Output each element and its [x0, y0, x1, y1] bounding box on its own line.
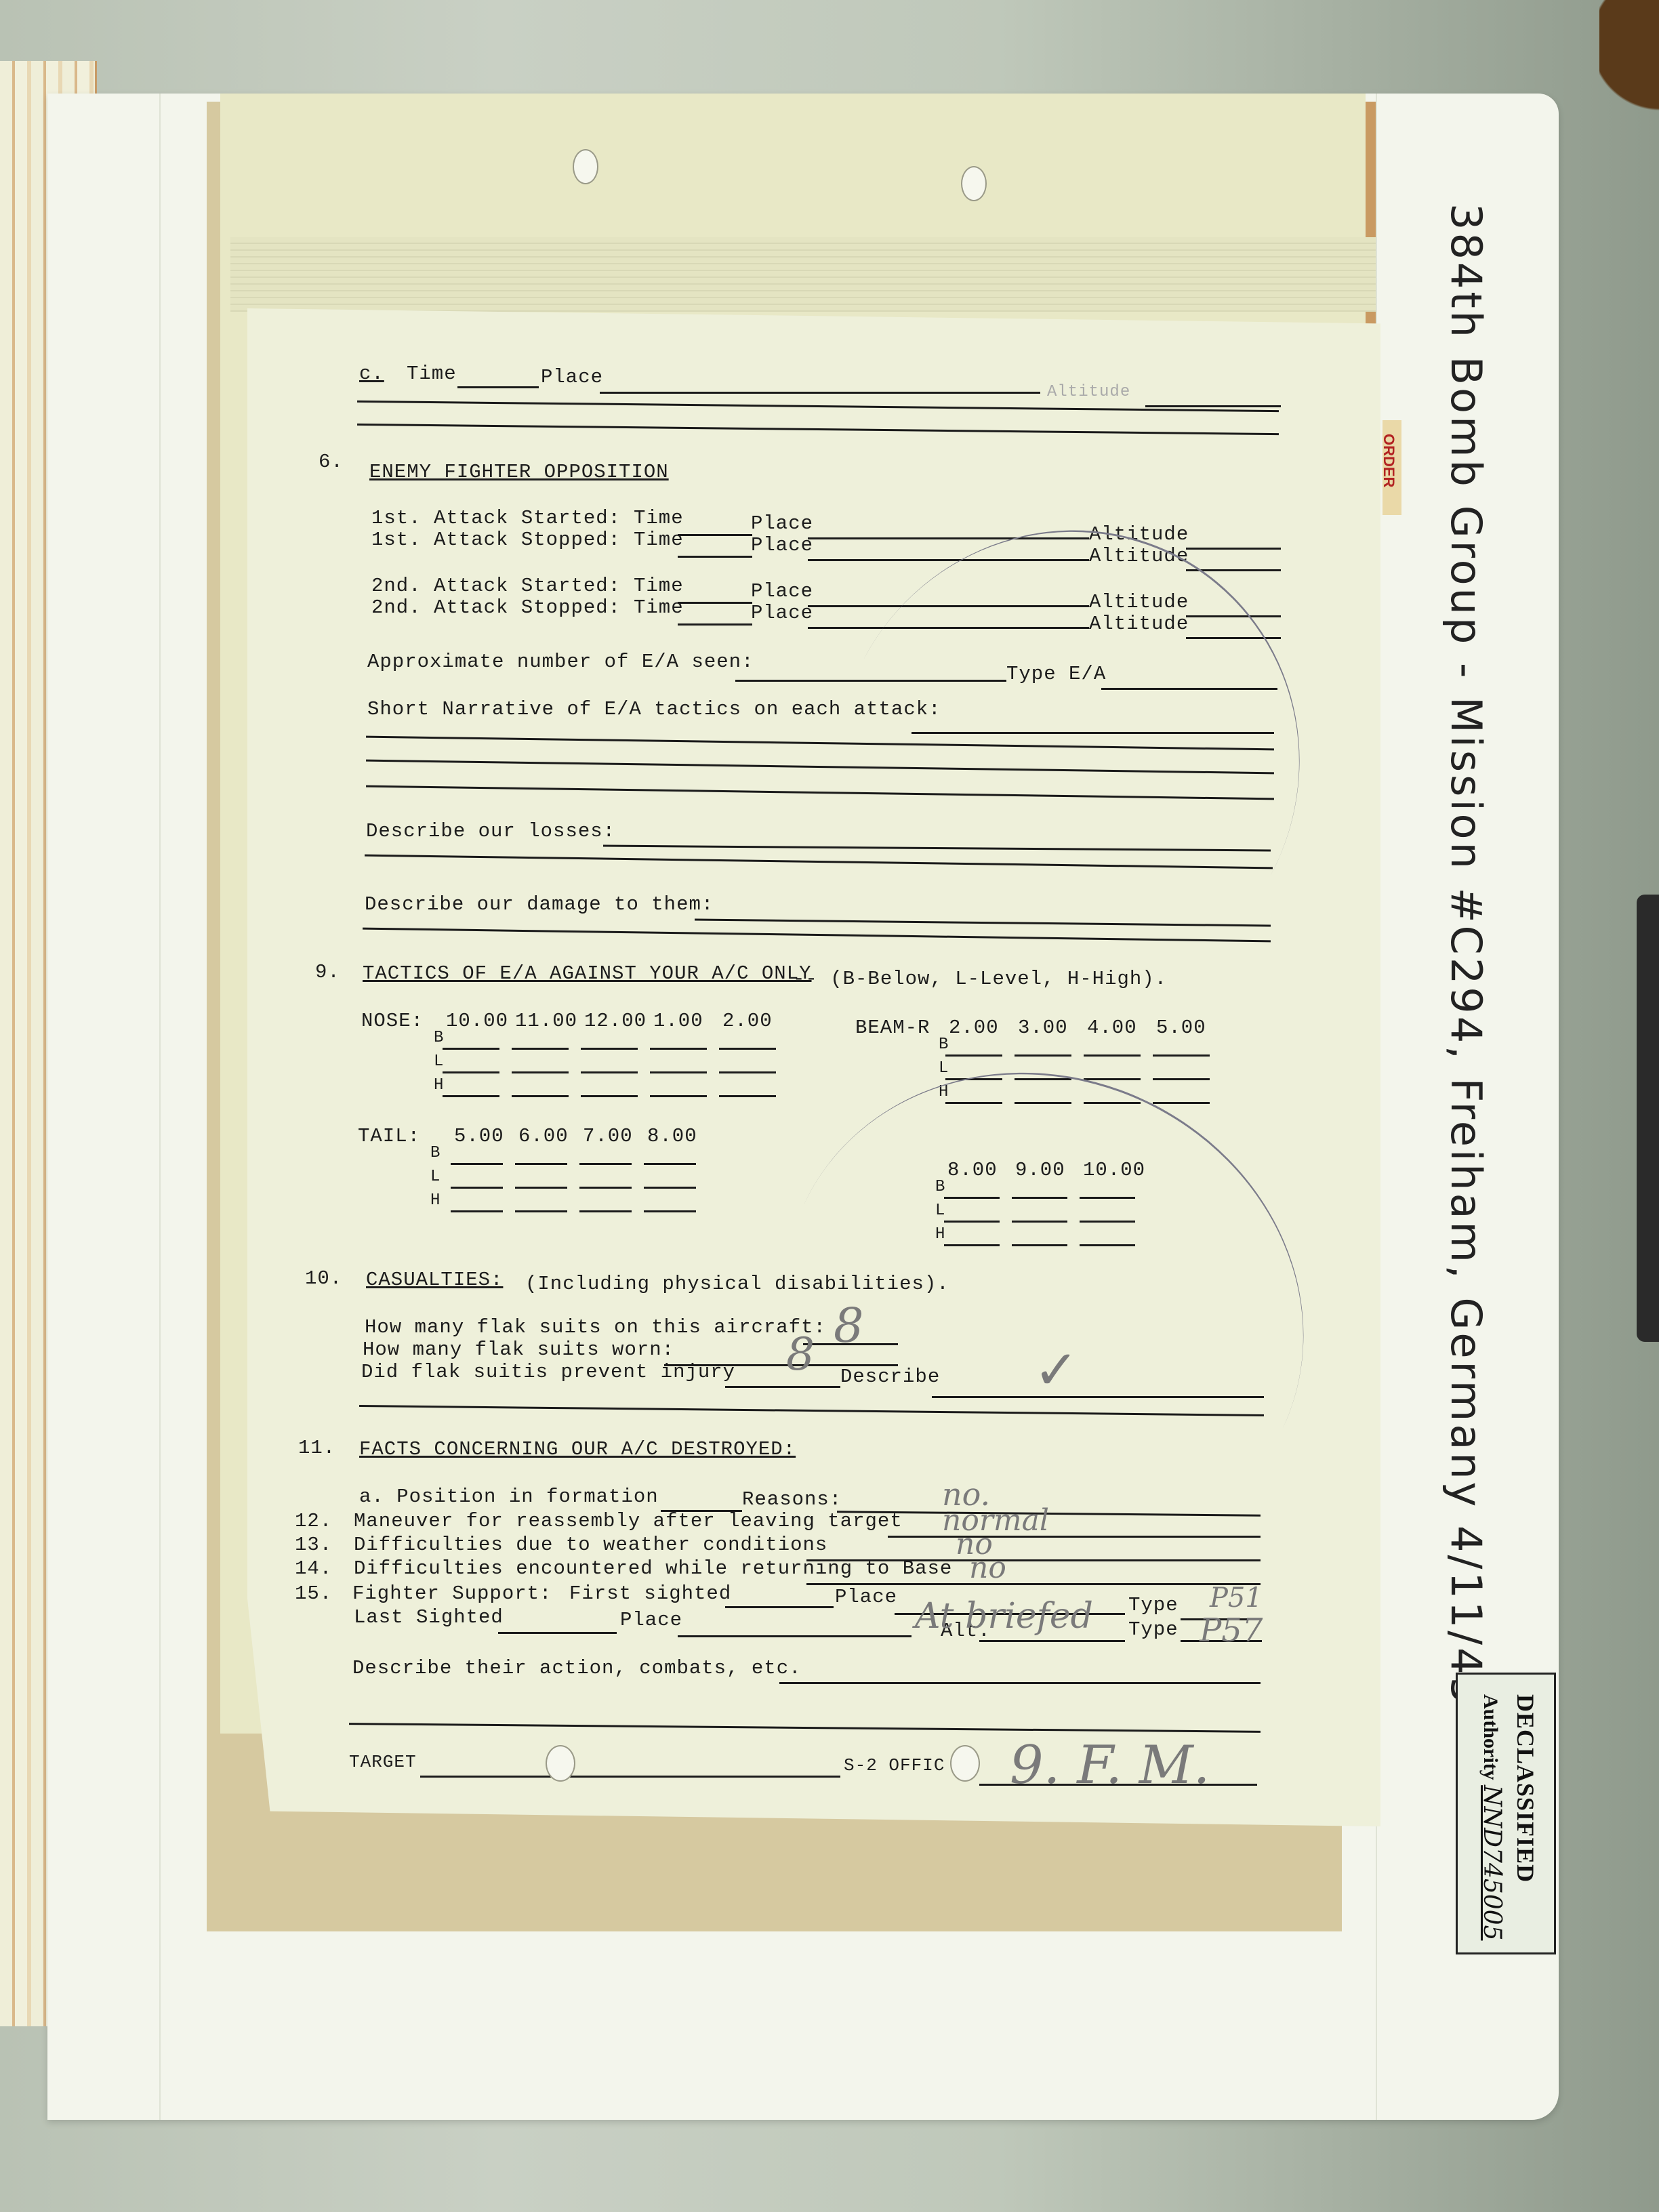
device-edge: [1637, 895, 1659, 1342]
row-letter: H: [430, 1191, 441, 1210]
describe-action-label: Describe their action, combats, etc.: [352, 1657, 802, 1679]
first-place-label: Place: [835, 1586, 897, 1608]
s2-officer-label: S-2 OFFIC: [844, 1755, 945, 1776]
attack-altitude-field[interactable]: [1186, 548, 1281, 550]
target-label: TARGET: [349, 1752, 417, 1772]
tactics-cell[interactable]: [581, 1048, 638, 1050]
prevent-injury-label: Did flak suitis prevent injury: [361, 1361, 735, 1383]
section-6-number: 6.: [319, 451, 344, 473]
tactics-cell[interactable]: [719, 1048, 776, 1050]
tactics-cell[interactable]: [719, 1071, 776, 1073]
clock-position: 6.00: [518, 1125, 569, 1147]
attack-label: 1st. Attack Started:: [371, 507, 621, 529]
punch-hole: [961, 166, 987, 201]
punch-hole: [573, 149, 598, 184]
tactics-cell[interactable]: [1153, 1054, 1210, 1057]
tactics-cell[interactable]: [1015, 1054, 1071, 1057]
tactics-cell[interactable]: [945, 1054, 1002, 1057]
tactics-cell[interactable]: [1153, 1078, 1210, 1080]
punch-hole: [950, 1745, 980, 1782]
tactics-cell[interactable]: [650, 1048, 707, 1050]
item-value: no: [969, 1551, 1006, 1585]
last-sighted-field[interactable]: [498, 1632, 617, 1634]
tactics-cell[interactable]: [650, 1071, 707, 1073]
stamp-title: DECLASSIFIED: [1511, 1694, 1540, 1940]
tactics-cell[interactable]: [451, 1163, 503, 1165]
folder-crease: [159, 94, 161, 2120]
section-11-number: 11.: [298, 1437, 335, 1459]
grid-label: NOSE:: [361, 1010, 424, 1032]
tactics-cell[interactable]: [644, 1210, 696, 1212]
flak-worn-label: How many flak suits worn:: [363, 1338, 674, 1361]
fighter-support-label: Fighter Support:: [352, 1582, 552, 1605]
item-field[interactable]: [806, 1583, 1261, 1585]
clock-position: 4.00: [1087, 1017, 1137, 1039]
clock-position: 1.00: [653, 1010, 703, 1032]
tactics-cell[interactable]: [579, 1163, 632, 1165]
attack-time-label: Time: [634, 596, 684, 619]
section-10-title: CASUALTIES:: [366, 1269, 503, 1291]
attack-time-field[interactable]: [678, 623, 752, 626]
item-number: 14.: [295, 1557, 332, 1580]
declassified-stamp-text: DECLASSIFIED Authority NND745005: [1478, 1694, 1540, 1940]
position-label: a. Position in formation: [359, 1486, 659, 1508]
clock-position: 2.00: [949, 1017, 999, 1039]
clock-position: 8.00: [647, 1125, 697, 1147]
row-letter: B: [434, 1029, 444, 1047]
clock-position: 7.00: [583, 1125, 633, 1147]
stamp-authority-value: NND745005: [1478, 1785, 1506, 1940]
item-number: 12.: [295, 1510, 332, 1532]
tactics-cell[interactable]: [451, 1210, 503, 1212]
tactics-cell[interactable]: [512, 1095, 569, 1097]
tactics-cell[interactable]: [579, 1187, 632, 1189]
tactics-cell[interactable]: [1084, 1078, 1141, 1080]
tactics-cell[interactable]: [443, 1095, 499, 1097]
stacked-sheet-edges: [230, 237, 1376, 312]
item-c-altitude-label: Altitude: [1047, 383, 1130, 401]
clock-position: 5.00: [1156, 1017, 1206, 1039]
describe-action-field[interactable]: [779, 1682, 1261, 1684]
item-number: 13.: [295, 1534, 332, 1556]
type-value-2: P57: [1200, 1612, 1263, 1650]
attack-time-field[interactable]: [678, 534, 752, 536]
row-letter: L: [939, 1059, 949, 1078]
attack-place-label: Place: [751, 602, 813, 624]
tactics-cell[interactable]: [443, 1071, 499, 1073]
last-place-label: Place: [620, 1609, 682, 1631]
attack-place-label: Place: [751, 534, 813, 556]
s2-officer-value: 9. F. M.: [1010, 1735, 1210, 1796]
attack-time-field[interactable]: [678, 556, 752, 558]
attack-label: 2nd. Attack Started:: [371, 575, 621, 597]
alt-value: At briefed: [915, 1596, 1093, 1637]
tactics-cell[interactable]: [515, 1187, 567, 1189]
item-c-place-field[interactable]: [600, 392, 1040, 394]
type-label-1: Type: [1128, 1594, 1179, 1616]
clock-position: 11.00: [515, 1010, 577, 1032]
tactics-cell[interactable]: [719, 1095, 776, 1097]
grid-label: BEAM-R: [855, 1017, 930, 1039]
tactics-cell[interactable]: [650, 1095, 707, 1097]
clock-position: 12.00: [584, 1010, 647, 1032]
approx-ea-label: Approximate number of E/A seen:: [367, 651, 754, 673]
section-11-title: FACTS CONCERNING OUR A/C DESTROYED:: [359, 1438, 796, 1460]
tactics-cell[interactable]: [1153, 1102, 1210, 1104]
tactics-cell[interactable]: [581, 1095, 638, 1097]
clock-position: 10.00: [446, 1010, 508, 1032]
item-label: Difficulties due to weather conditions: [354, 1534, 827, 1556]
attack-time-label: Time: [634, 507, 684, 529]
attack-time-label: Time: [634, 575, 684, 597]
attack-time-label: Time: [634, 529, 684, 551]
stamp-authority-label: Authority: [1479, 1694, 1502, 1780]
tactics-cell[interactable]: [512, 1048, 569, 1050]
handwritten-mission-note: 384th Bomb Group - Mission #C294, Freiha…: [1441, 203, 1491, 1423]
tactics-cell[interactable]: [443, 1048, 499, 1050]
desk-object: [1599, 0, 1659, 136]
losses-label: Describe our losses:: [366, 820, 615, 842]
attack-label: 1st. Attack Stopped:: [371, 529, 621, 551]
item-c-time-field[interactable]: [457, 386, 539, 388]
tactics-cell[interactable]: [451, 1187, 503, 1189]
last-sighted-label: Last Sighted: [354, 1606, 504, 1629]
attack-label: 2nd. Attack Stopped:: [371, 596, 621, 619]
last-place-field[interactable]: [678, 1635, 912, 1637]
clock-position: 3.00: [1018, 1017, 1068, 1039]
item-c-place-label: Place: [541, 366, 603, 388]
tactics-cell[interactable]: [579, 1210, 632, 1212]
tactics-cell[interactable]: [644, 1187, 696, 1189]
clock-position: 5.00: [454, 1125, 504, 1147]
tactics-cell[interactable]: [515, 1163, 567, 1165]
section-15-number: 15.: [295, 1582, 332, 1605]
section-10-number: 10.: [305, 1267, 342, 1290]
item-c-altitude-field[interactable]: [1145, 405, 1281, 407]
damage-label: Describe our damage to them:: [365, 893, 714, 916]
first-sighted-label: First sighted: [569, 1582, 731, 1605]
type-value-1: P51: [1210, 1582, 1263, 1614]
item-c-time-label: Time: [407, 363, 457, 385]
stamp-authority: Authority NND745005: [1478, 1694, 1506, 1940]
row-letter: L: [430, 1168, 441, 1186]
attack-time-field[interactable]: [678, 602, 752, 604]
target-field[interactable]: [420, 1776, 840, 1778]
tactics-cell[interactable]: [515, 1210, 567, 1212]
punch-hole: [546, 1745, 575, 1782]
grid-label: TAIL:: [358, 1125, 420, 1147]
item-label: Difficulties encountered while returning…: [354, 1557, 952, 1580]
type-label-2: Type: [1128, 1618, 1179, 1641]
section-6-title: ENEMY FIGHTER OPPOSITION: [369, 461, 669, 483]
reasons-label: Reasons:: [742, 1488, 842, 1511]
first-sighted-field[interactable]: [725, 1606, 834, 1608]
item-label: Maneuver for reassembly after leaving ta…: [354, 1510, 903, 1532]
clock-position: 2.00: [722, 1010, 773, 1032]
row-letter: B: [939, 1036, 949, 1054]
attack-place-label: Place: [751, 580, 813, 602]
row-letter: L: [434, 1052, 444, 1071]
order-tab-label: ORDER: [1380, 434, 1397, 487]
flak-on-aircraft-label: How many flak suits on this aircraft:: [365, 1316, 826, 1338]
row-letter: H: [434, 1076, 444, 1094]
alt-field[interactable]: [979, 1640, 1125, 1642]
row-letter: B: [430, 1144, 441, 1162]
section-9-title: TACTICS OF E/A AGAINST YOUR A/C ONLY: [363, 962, 812, 985]
section-9-number: 9.: [315, 961, 340, 983]
tactics-cell[interactable]: [644, 1163, 696, 1165]
tactics-cell[interactable]: [512, 1071, 569, 1073]
item-c-label: c.: [359, 363, 384, 385]
tactics-cell[interactable]: [581, 1071, 638, 1073]
attack-place-label: Place: [751, 512, 813, 535]
tactics-cell[interactable]: [1084, 1054, 1141, 1057]
